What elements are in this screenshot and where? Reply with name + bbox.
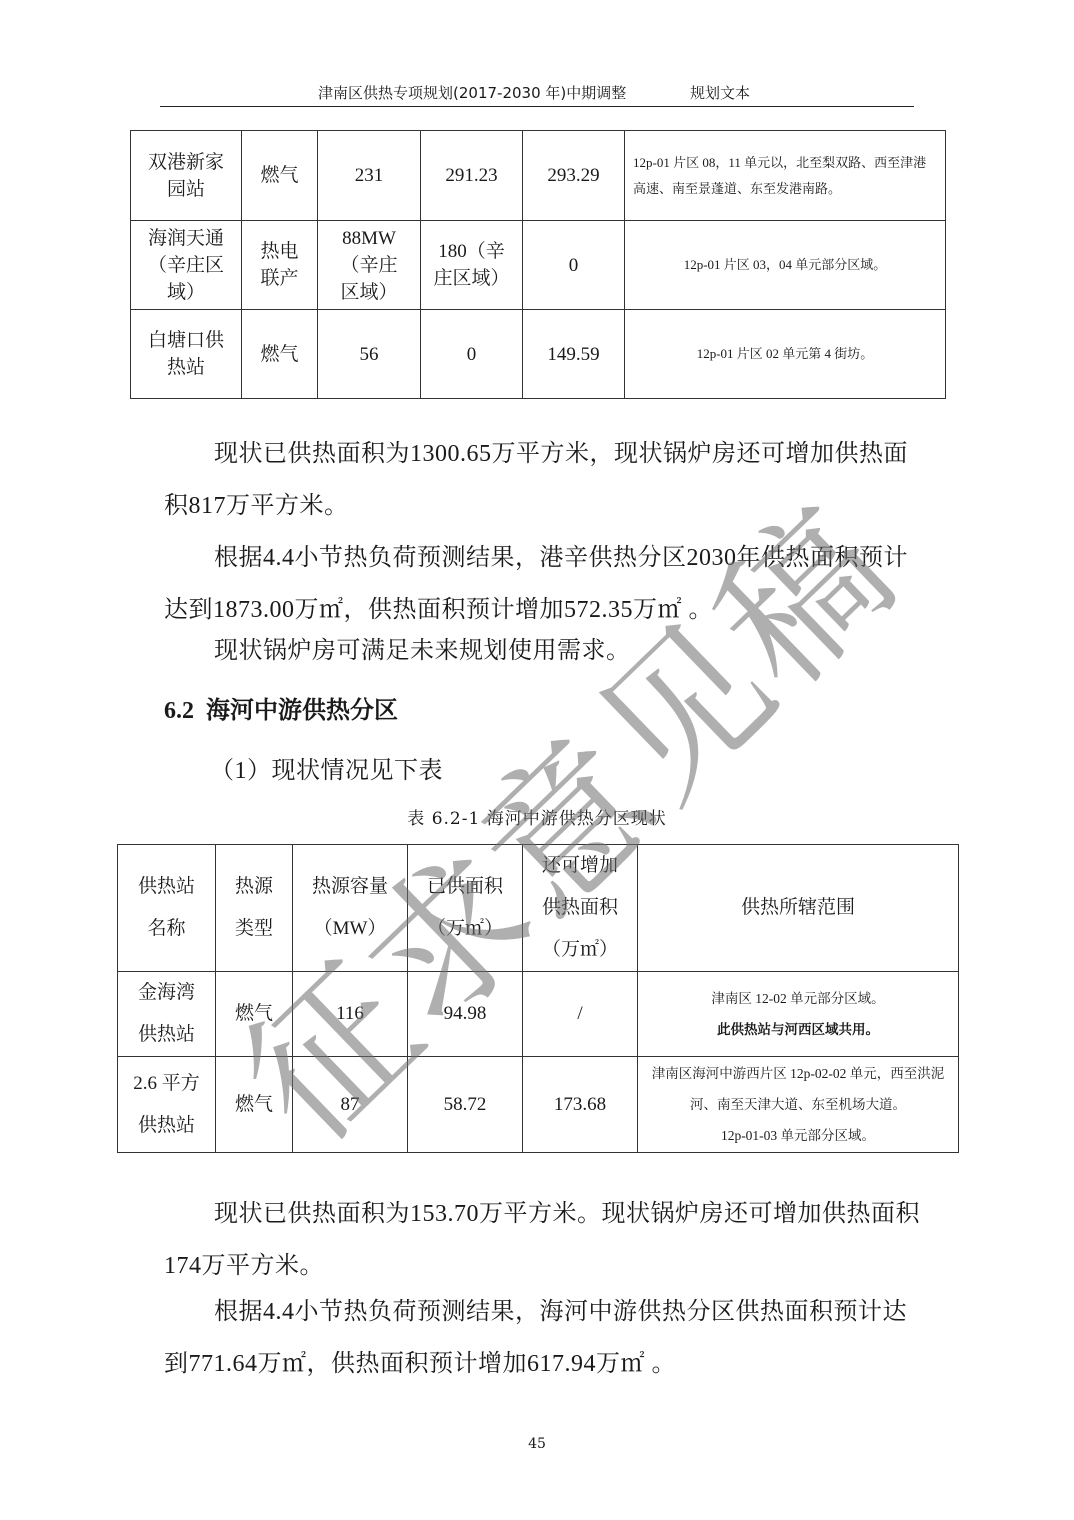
range-note: 12p-01-03 单元部分区域。 (642, 1120, 954, 1151)
table-header-row: 供热站名称 热源类型 热源容量（MW） 已供面积（万㎡） 还可增加供热面积（万㎡… (118, 845, 959, 972)
paragraph: 根据4.4小节热负荷预测结果，海河中游供热分区供热面积预计达到771.64万㎡，… (164, 1286, 924, 1390)
header-coverage-range: 供热所辖范围 (638, 845, 959, 972)
header-supplied-area: 已供面积（万㎡） (408, 845, 523, 972)
coverage-range: 12p-01 片区 02 单元第 4 街坊。 (625, 310, 946, 399)
capacity: 231 (318, 131, 421, 221)
header-capacity: 热源容量（MW） (293, 845, 408, 972)
header-source-type: 热源类型 (216, 845, 293, 972)
station-name: 金海湾供热站 (118, 972, 216, 1057)
addable-area: 149.59 (523, 310, 625, 399)
header-addable-area: 还可增加供热面积（万㎡） (523, 845, 638, 972)
supplied-area: 180（辛庄区域） (421, 221, 523, 310)
section-number: 6.2 (164, 698, 194, 724)
table-caption: 表 6.2-1 海河中游供热分区现状 (0, 804, 1074, 829)
supplied-area: 291.23 (421, 131, 523, 221)
paragraph-text: 现状已供热面积为1300.65万平方米，现状锅炉房还可增加供热面积817万平方米… (164, 441, 908, 519)
table-row: 白塘口供热站 燃气 56 0 149.59 12p-01 片区 02 单元第 4… (131, 310, 946, 399)
range-note: 此供热站与河西区域共用。 (642, 1014, 954, 1045)
addable-area: / (523, 972, 638, 1057)
addable-area: 173.68 (523, 1057, 638, 1153)
sub-heading: （1）现状情况见下表 (210, 745, 970, 797)
coverage-range: 12p-01 片区 08，11 单元以，北至梨双路、西至津港高速、南至景蓬道、东… (625, 131, 946, 221)
table-row: 双港新家园站 燃气 231 291.23 293.29 12p-01 片区 08… (131, 131, 946, 221)
capacity: 56 (318, 310, 421, 399)
range-text: 津南区海河中游西片区 12p-02-02 单元，西至洪泥河、南至天津大道、东至机… (642, 1058, 954, 1120)
capacity: 88MW（辛庄区域） (318, 221, 421, 310)
heat-source-type: 燃气 (242, 310, 318, 399)
addable-area: 0 (523, 221, 625, 310)
table-row: 金海湾供热站 燃气 116 94.98 / 津南区 12-02 单元部分区域。 … (118, 972, 959, 1057)
paragraph-text: 根据4.4小节热负荷预测结果，海河中游供热分区供热面积预计达到771.64万㎡，… (164, 1299, 907, 1377)
paragraph-text: 现状已供热面积为153.70万平方米。现状锅炉房还可增加供热面积174万平方米。 (164, 1201, 920, 1279)
table-row: 2.6 平方供热站 燃气 87 58.72 173.68 津南区海河中游西片区 … (118, 1057, 959, 1153)
paragraph: 现状锅炉房可满足未来规划使用需求。 (164, 625, 924, 677)
station-name: 2.6 平方供热站 (118, 1057, 216, 1153)
header-title: 津南区供热专项规划(2017-2030 年)中期调整 (318, 82, 626, 103)
station-name: 双港新家园站 (131, 131, 242, 221)
paragraph: 现状已供热面积为1300.65万平方米，现状锅炉房还可增加供热面积817万平方米… (164, 428, 924, 532)
heating-station-table-continued: 双港新家园站 燃气 231 291.23 293.29 12p-01 片区 08… (130, 130, 946, 399)
supplied-area: 0 (421, 310, 523, 399)
supplied-area: 94.98 (408, 972, 523, 1057)
haihe-midstream-status-table: 供热站名称 热源类型 热源容量（MW） 已供面积（万㎡） 还可增加供热面积（万㎡… (117, 844, 959, 1153)
capacity: 87 (293, 1057, 408, 1153)
paragraph-text: 现状锅炉房可满足未来规划使用需求。 (214, 638, 631, 664)
heat-source-type: 热电联产 (242, 221, 318, 310)
coverage-range: 津南区 12-02 单元部分区域。 此供热站与河西区域共用。 (638, 972, 959, 1057)
coverage-range: 津南区海河中游西片区 12p-02-02 单元，西至洪泥河、南至天津大道、东至机… (638, 1057, 959, 1153)
heat-source-type: 燃气 (216, 972, 293, 1057)
range-text: 津南区 12-02 单元部分区域。 (642, 983, 954, 1014)
capacity: 116 (293, 972, 408, 1057)
header-doc-type: 规划文本 (690, 82, 750, 103)
section-title: 海河中游供热分区 (206, 698, 398, 724)
supplied-area: 58.72 (408, 1057, 523, 1153)
page-header: 津南区供热专项规划(2017-2030 年)中期调整 规划文本 (160, 78, 914, 107)
paragraph: 根据4.4小节热负荷预测结果，港辛供热分区2030年供热面积预计达到1873.0… (164, 532, 924, 636)
header-station-name: 供热站名称 (118, 845, 216, 972)
coverage-range: 12p-01 片区 03，04 单元部分区域。 (625, 221, 946, 310)
page-number: 45 (0, 1436, 1074, 1452)
addable-area: 293.29 (523, 131, 625, 221)
paragraph-text: 根据4.4小节热负荷预测结果，港辛供热分区2030年供热面积预计达到1873.0… (164, 545, 908, 623)
heat-source-type: 燃气 (242, 131, 318, 221)
table-row: 海润天通（辛庄区域） 热电联产 88MW（辛庄区域） 180（辛庄区域） 0 1… (131, 221, 946, 310)
paragraph: 现状已供热面积为153.70万平方米。现状锅炉房还可增加供热面积174万平方米。 (164, 1188, 924, 1292)
section-heading: 6.2 海河中游供热分区 (164, 690, 398, 725)
station-name: 海润天通（辛庄区域） (131, 221, 242, 310)
heat-source-type: 燃气 (216, 1057, 293, 1153)
station-name: 白塘口供热站 (131, 310, 242, 399)
